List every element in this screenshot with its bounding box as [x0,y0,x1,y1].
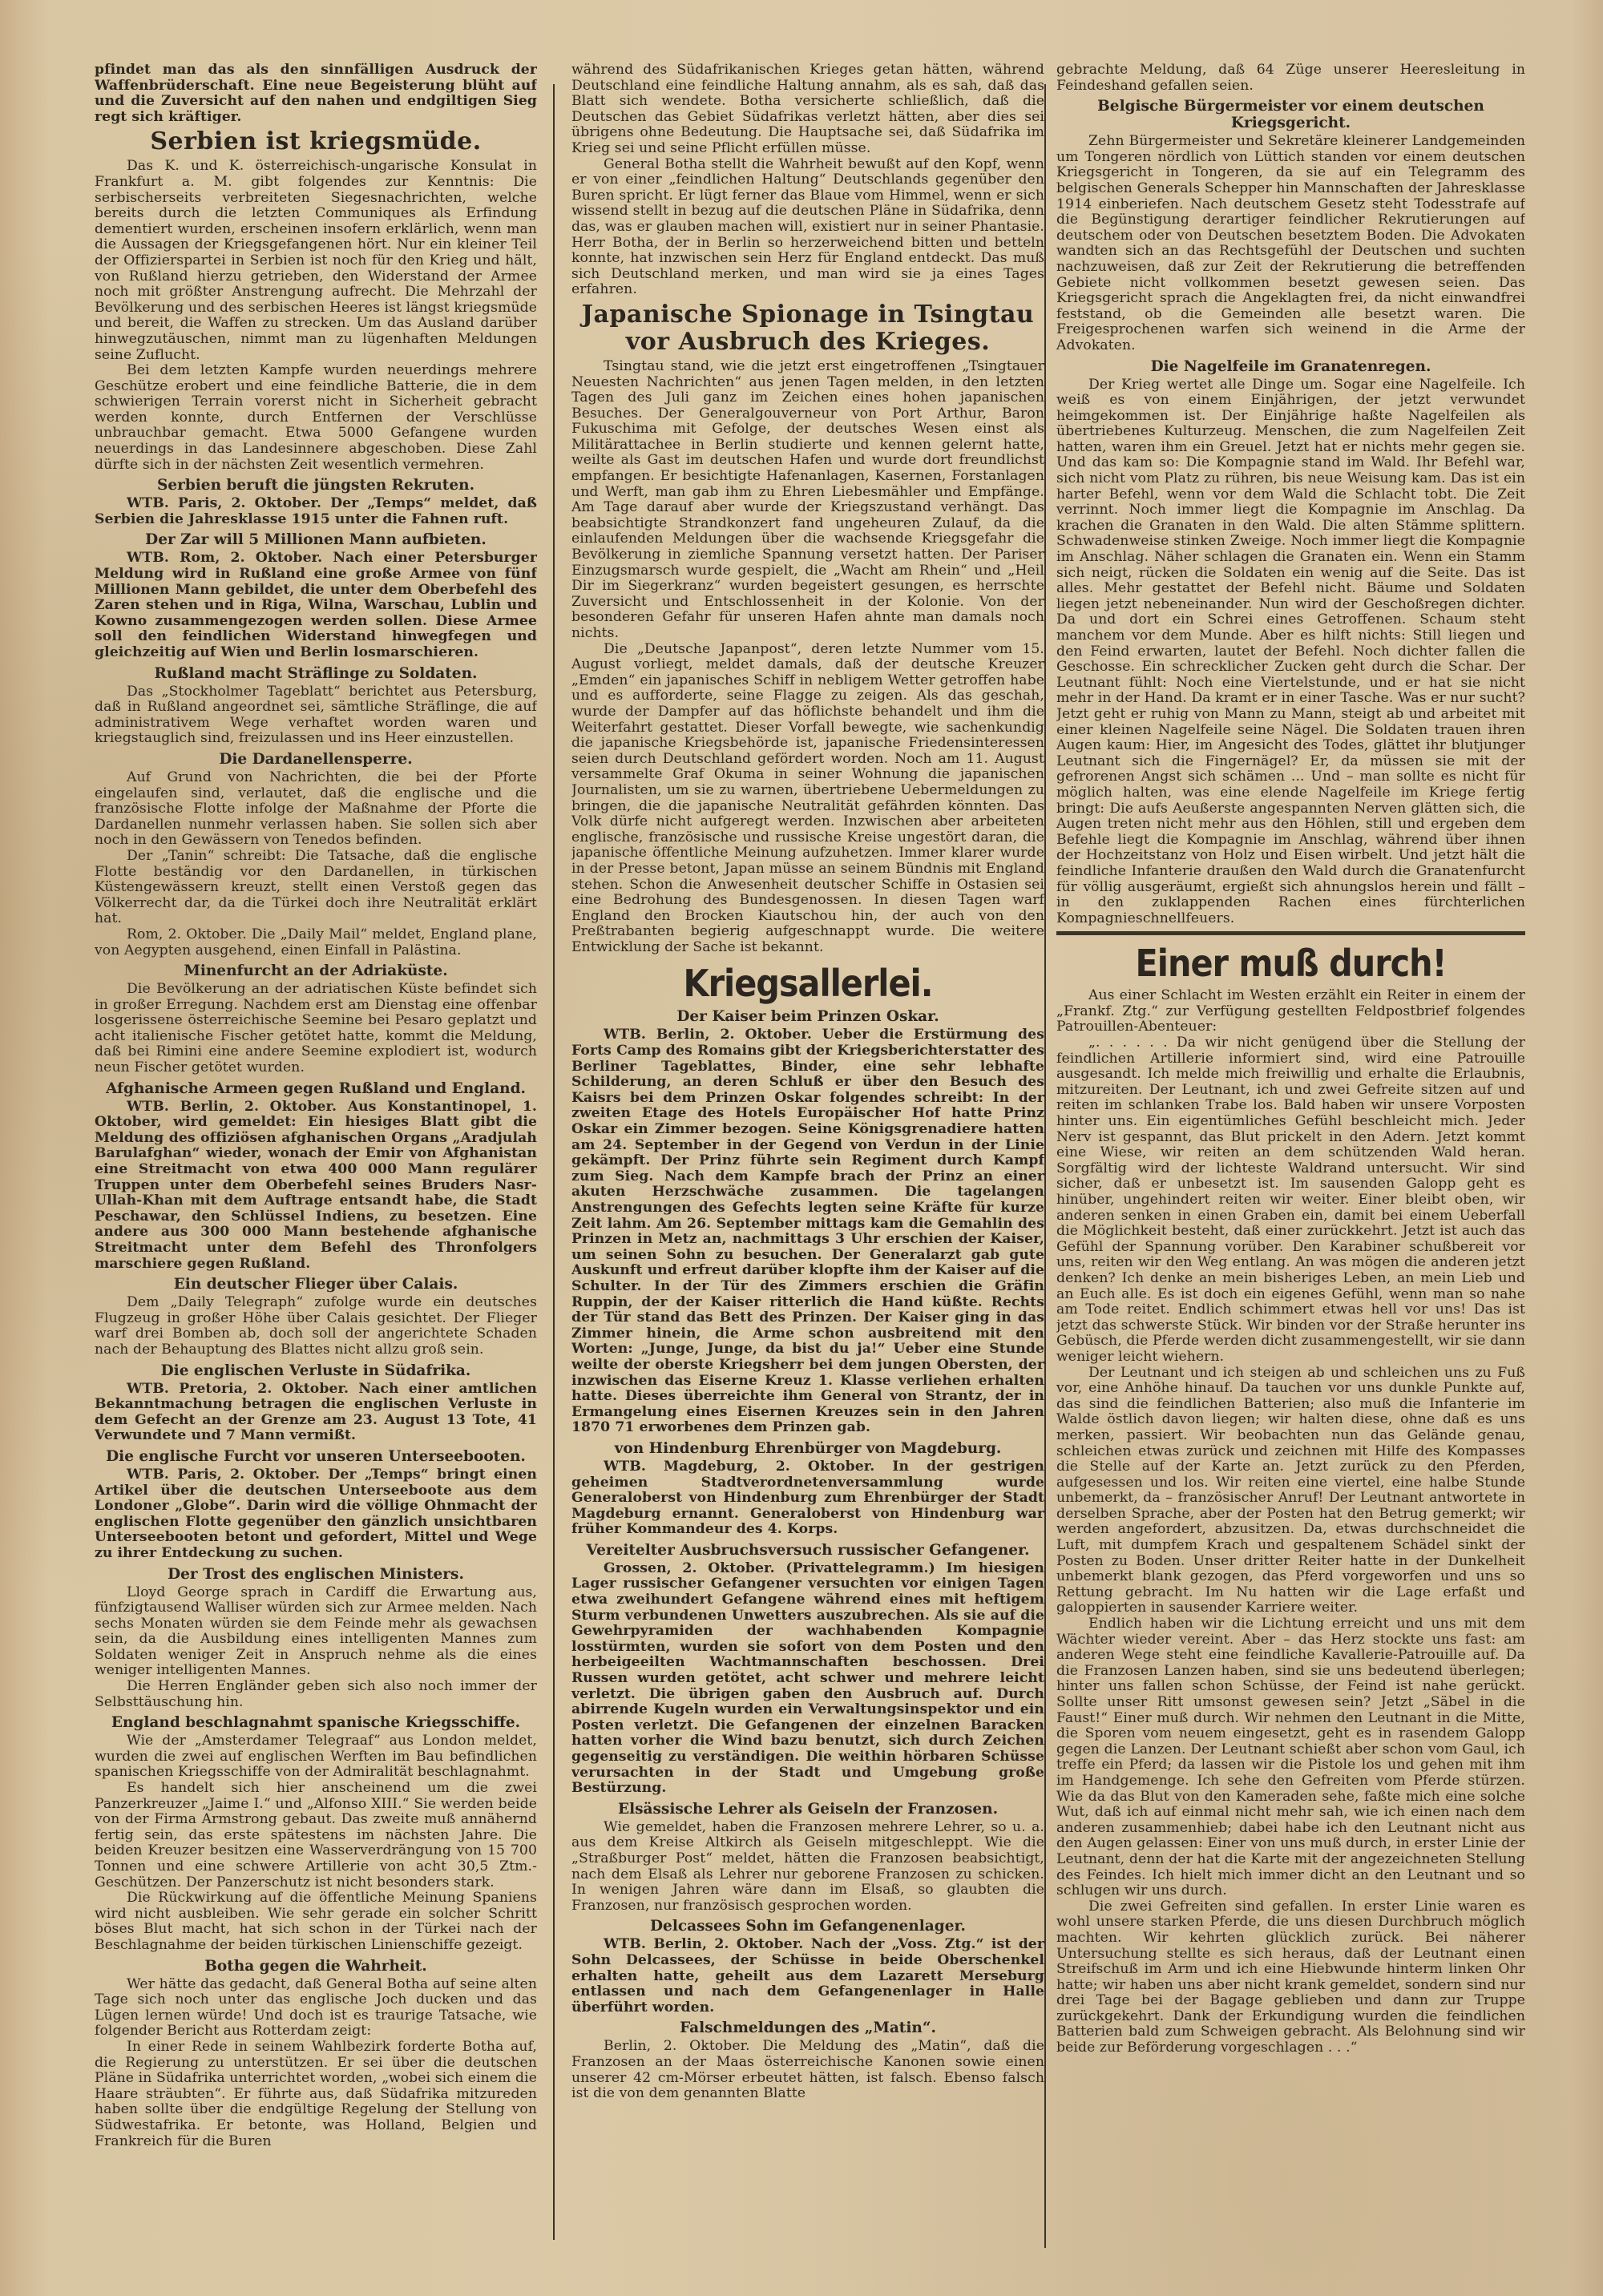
column-1: pfindet man das als den sinnfälligen Aus… [95,63,537,2250]
news-item-headline: Die Dardanellensperre. [95,751,537,768]
article-paragraph: WTB. Berlin, 2. Oktober. Ueber die Erstü… [571,1027,1044,1435]
news-item-headline: Falschmeldungen des „Matin“. [571,2020,1044,2036]
article-headline: Japanische Spionage in Tsingtau vor Ausb… [571,301,1044,356]
news-item-headline: Die Nagelfeile im Granatenregen. [1056,358,1525,375]
article-paragraph: Auf Grund von Nachrichten, die bei der P… [95,770,537,849]
article-paragraph: während des Südafrikanischen Krieges get… [571,63,1044,157]
article-paragraph: WTB. Rom, 2. Oktober. Nach einer Petersb… [95,551,537,660]
article-paragraph: Wie gemeldet, haben die Franzosen mehrer… [571,1820,1044,1915]
article-paragraph: Bei dem letzten Kampfe wurden neuerdings… [95,363,537,473]
column-rule [553,84,555,2240]
article-paragraph: Wer hätte das gedacht, daß General Botha… [95,1977,537,2040]
article-paragraph: Endlich haben wir die Lichtung erreicht … [1056,1616,1525,1899]
article-paragraph: Dem „Daily Telegraph“ zufolge wurde ein … [95,1295,537,1358]
news-item-headline: Belgische Bürgermeister vor einem deutsc… [1056,98,1525,131]
article-paragraph: Die Herren Engländer geben sich also noc… [95,1679,537,1710]
article-paragraph: Berlin, 2. Oktober. Die Meldung des „Mat… [571,2039,1044,2101]
article-paragraph: gebrachte Meldung, daß 64 Züge unserer H… [1056,63,1525,94]
article-paragraph: „. . . . . . Da wir nicht genügend über … [1056,1035,1525,1365]
article-paragraph: WTB. Berlin, 2. Oktober. Aus Konstantino… [95,1100,537,1273]
newspaper-page: pfindet man das als den sinnfälligen Aus… [0,0,1603,2296]
article-paragraph: Tsingtau stand, wie die jetzt erst einge… [571,359,1044,642]
news-item-headline: Der Trost des englischen Ministers. [95,1566,537,1583]
news-item-headline: Minenfurcht an der Adriaküste. [95,962,537,979]
news-item-headline: Elsässische Lehrer als Geiseln der Franz… [571,1801,1044,1818]
news-item-headline: Der Zar will 5 Millionen Mann aufbieten. [95,531,537,548]
article-paragraph: Zehn Bürgermeister und Sekretäre kleiner… [1056,134,1525,353]
news-item-headline: Rußland macht Sträflinge zu Soldaten. [95,665,537,682]
article-paragraph: In einer Rede in seinem Wahlbezirk forde… [95,2040,537,2149]
article-paragraph: Das „Stockholmer Tageblatt“ berichtet au… [95,684,537,747]
article-paragraph: Das K. und K. österreichisch-ungarische … [95,159,537,363]
news-item-headline: Vereitelter Ausbruchsversuch russischer … [571,1542,1044,1559]
article-paragraph: WTB. Paris, 2. Oktober. Der „Temps“ meld… [95,496,537,527]
article-paragraph: WTB. Magdeburg, 2. Oktober. In der gestr… [571,1459,1044,1538]
article-paragraph: Der „Tanin“ schreibt: Die Tatsache, daß … [95,849,537,927]
article-paragraph: Lloyd George sprach in Cardiff die Erwar… [95,1585,537,1680]
news-item-headline: Delcassees Sohn im Gefangenenlager. [571,1918,1044,1935]
article-paragraph: WTB. Paris, 2. Oktober. Der „Temps“ brin… [95,1467,537,1562]
article-paragraph: Der Leutnant und ich steigen ab und schl… [1056,1366,1525,1617]
article-paragraph: Die zwei Gefreiten sind gefallen. In ers… [1056,1899,1525,2056]
news-item-headline: von Hindenburg Ehrenbürger von Magdeburg… [571,1440,1044,1457]
news-item-headline: Die englischen Verluste in Südafrika. [95,1362,537,1379]
article-paragraph: General Botha stellt die Wahrheit bewußt… [571,157,1044,298]
article-paragraph: Grossen, 2. Oktober. (Privattelegramm.) … [571,1561,1044,1797]
column-3: gebrachte Meldung, daß 64 Züge unserer H… [1056,63,1525,2218]
article-paragraph: Rom, 2. Oktober. Die „Daily Mail“ meldet… [95,927,537,958]
section-headline: Einer muß durch! [1056,943,1525,983]
news-item-headline: England beschlagnahmt spanische Kriegssc… [95,1714,537,1731]
news-item-headline: Die englische Furcht vor unseren Unterse… [95,1448,537,1465]
section-headline: Kriegsallerlei. [571,963,1044,1003]
news-item-headline: Serbien beruft die jüngsten Rekruten. [95,477,537,494]
article-paragraph: WTB. Berlin, 2. Oktober. Nach der „Voss.… [571,1937,1044,2016]
news-item-headline: Botha gegen die Wahrheit. [95,1958,537,1975]
news-item-headline: Der Kaiser beim Prinzen Oskar. [571,1008,1044,1025]
article-paragraph: Der Krieg wertet alle Dinge um. Sogar ei… [1056,377,1525,927]
column-2: während des Südafrikanischen Krieges get… [571,63,1044,2210]
article-paragraph: WTB. Pretoria, 2. Oktober. Nach einer am… [95,1382,537,1444]
article-paragraph: Die „Deutsche Japanpost“, deren letzte N… [571,642,1044,956]
article-paragraph: Aus einer Schlacht im Westen erzählt ein… [1056,988,1525,1035]
article-paragraph: pfindet man das als den sinnfälligen Aus… [95,63,537,125]
article-paragraph: Die Bevölkerung an der adriatischen Küst… [95,982,537,1076]
article-headline: Serbien ist kriegsmüde. [95,128,537,155]
column-rule [1044,84,1046,2248]
article-paragraph: Die Rückwirkung auf die öffentliche Mein… [95,1890,537,1953]
news-item-headline: Afghanische Armeen gegen Rußland und Eng… [95,1080,537,1097]
article-paragraph: Es handelt sich hier anscheinend um die … [95,1781,537,1890]
article-paragraph: Wie der „Amsterdamer Telegraaf“ aus Lond… [95,1733,537,1781]
section-divider [1056,931,1525,935]
news-item-headline: Ein deutscher Flieger über Calais. [95,1276,537,1293]
